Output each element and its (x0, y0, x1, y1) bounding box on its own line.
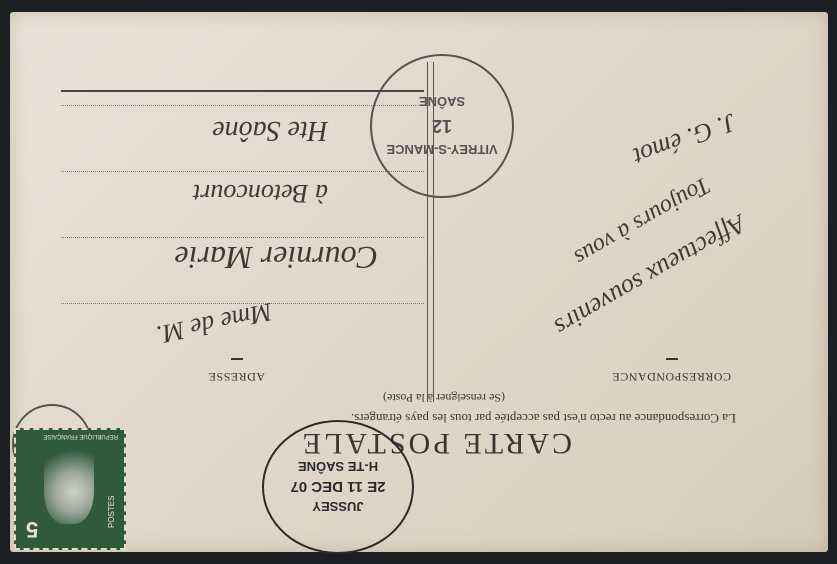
jussey-postmark: JUSSEY 2E 11 DEC 07 H-TE SAÔNE (262, 420, 414, 554)
correspondence-label: CORRESPONDANCE (612, 369, 731, 384)
address-rule-bottom (61, 90, 424, 92)
address-rule-3 (61, 171, 424, 172)
jussey-postmark-date: 2E 11 DEC 07 (290, 479, 385, 496)
address-rule-2 (61, 237, 424, 238)
printed-notice-sub: (Se renseigner à la Poste) (383, 390, 505, 405)
sower-figure-icon (44, 444, 94, 524)
jussey-postmark-dept: H-TE SAÔNE (298, 460, 378, 475)
vitrey-postmark-dept: SAÔNE (419, 95, 465, 110)
address-line-3: à Betoncourt (193, 178, 328, 208)
jussey-postmark-town: JUSSEY (312, 500, 363, 515)
postage-stamp: 5 POSTES REPUBLIQUE FRANÇAISE (14, 428, 126, 550)
address-line-1: Mme de M. (153, 296, 274, 350)
message-signature: J. G. émot (629, 107, 740, 172)
stamp-imprint: REPUBLIQUE FRANÇAISE (43, 433, 118, 439)
stamp-label: POSTES (107, 496, 116, 528)
postcard: CARTE POSTALE La Correspondance au recto… (10, 12, 828, 552)
stamp-value: 5 (26, 516, 38, 542)
address-label: ADRESSE (208, 369, 265, 384)
vitrey-postmark: VITREY-S-MANCE 12 SAÔNE (370, 54, 514, 198)
correspondence-dash (666, 359, 678, 361)
printed-notice: La Correspondance au recto n'est pas acc… (351, 410, 736, 426)
address-dash (231, 359, 243, 361)
address-line-4: Hte Saône (212, 114, 328, 146)
vitrey-postmark-town: VITREY-S-MANCE (386, 143, 497, 158)
address-rule-4 (61, 105, 424, 106)
vitrey-postmark-date: 12 (432, 116, 452, 137)
address-line-2: Cournier Marie (174, 239, 378, 276)
